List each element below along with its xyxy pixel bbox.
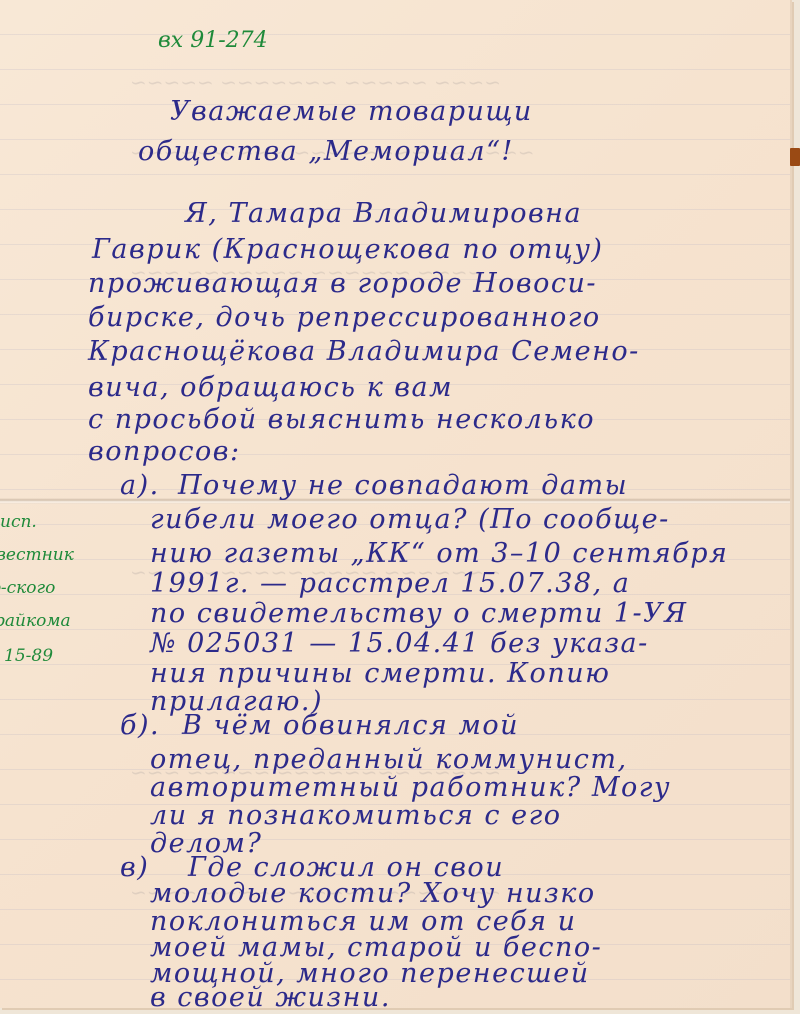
margin-line: р-ского — [0, 578, 55, 598]
list-marker: в) — [120, 852, 149, 883]
text-line: гибели моего отца? (По сообще- — [150, 504, 670, 535]
text-line: Гаврик (Краснощекова по отцу) — [92, 234, 603, 265]
list-marker: б). — [120, 710, 160, 741]
margin-line: исп. — [0, 512, 37, 532]
text-line: вича, обращаюсь к вам — [88, 372, 453, 403]
registration-number: вх 91-274 — [158, 28, 268, 53]
text-line: ния причины смерти. Копию — [150, 658, 610, 689]
text-line: с просьбой выяснить несколько — [88, 404, 595, 435]
text-line: в своей жизни. — [150, 982, 391, 1013]
text-line: ли я познакомиться с его — [150, 800, 562, 831]
text-line: проживающая в городе Новоси- — [88, 268, 597, 299]
text-line: Краснощёкова Владимира Семено- — [88, 336, 640, 367]
text-line: молодые кости? Хочу низко — [150, 878, 596, 909]
binder-tab-mark — [790, 148, 800, 166]
text-line: бирске, дочь репрессированного — [88, 302, 601, 333]
margin-line: 15-89 — [4, 646, 53, 666]
text-line: 1991г. — расстрел 15.07.38, а — [150, 568, 630, 599]
text-line: Почему не совпадают даты — [178, 470, 628, 501]
text-line: по свидетельству о смерти 1-УЯ — [150, 598, 688, 629]
salutation-line: Уважаемые товарищи — [170, 96, 533, 127]
margin-line: вестник — [0, 545, 74, 565]
margin-line: райкома — [0, 611, 71, 631]
text-line: нию газеты „КК“ от 3–10 сентября — [150, 538, 728, 569]
text-line: отец, преданный коммунист, — [150, 744, 628, 775]
text-line: Я, Тамара Владимировна — [185, 198, 582, 229]
text-line: авторитетный работник? Могу — [150, 772, 671, 803]
text-line: В чём обвинялся мой — [182, 710, 519, 741]
salutation-line: общества „Мемориал“! — [138, 136, 514, 167]
text-line: № 025031 — 15.04.41 без указа- — [150, 628, 649, 659]
list-marker: а). — [120, 470, 160, 501]
text-line: вопросов: — [88, 436, 241, 467]
